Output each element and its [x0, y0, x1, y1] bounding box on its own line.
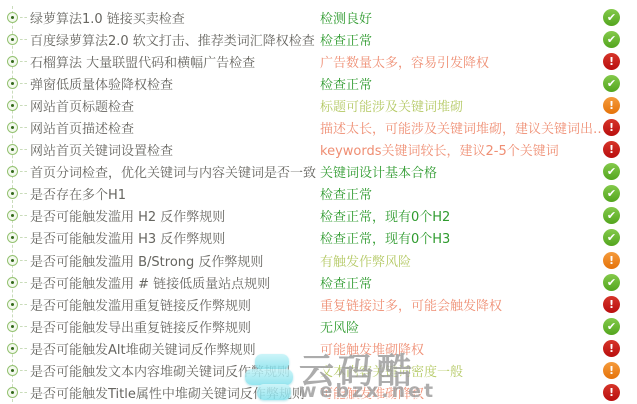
check-label: 是否可能触发滥用 H2 反作弊规则 [30, 206, 320, 225]
tree-node-icon [7, 277, 30, 288]
check-row: 是否可能触发文本内容堆砌关键词反作弊规则 文本内容关键词密度一般 ! [0, 360, 637, 382]
check-label: 弹窗低质量体验降权检查 [30, 74, 320, 93]
error-circle-icon: ! [603, 296, 637, 313]
check-status: 标题可能涉及关键词堆砌 [320, 96, 603, 115]
check-label: 绿萝算法1.0 链接买卖检查 [30, 8, 320, 27]
tree-node-icon [7, 56, 30, 67]
error-circle-icon: ! [603, 53, 637, 70]
warning-circle-icon: ! [603, 252, 637, 269]
check-circle-icon: ✔ [603, 185, 637, 202]
check-label: 是否可能触发Title属性中堆砌关键词反作弊规则 [30, 383, 320, 402]
check-status: 检查正常 [320, 273, 603, 292]
check-row: 是否可能触发滥用 # 链接低质量站点规则 检查正常 ✔ [0, 271, 637, 293]
check-label: 是否可能触发滥用重复链接反作弊规则 [30, 295, 320, 314]
check-status: 检查正常 [320, 184, 603, 203]
check-status: keywords关键词较长，建议2-5个关键词 [320, 140, 603, 159]
check-row: 石榴算法 大量联盟代码和横幅广告检查 广告数量太多，容易引发降权 ! [0, 50, 637, 72]
check-label: 石榴算法 大量联盟代码和横幅广告检查 [30, 52, 320, 71]
check-label: 百度绿萝算法2.0 软文打击、推荐类词汇降权检查 [30, 30, 320, 49]
check-row: 是否可能触发Title属性中堆砌关键词反作弊规则 可能触发堆砌降权 ! [0, 382, 637, 404]
check-circle-icon: ✔ [603, 31, 637, 48]
check-label: 是否可能触发滥用 # 链接低质量站点规则 [30, 273, 320, 292]
check-status: 有触发作弊风险 [320, 251, 603, 270]
tree-node-icon [7, 12, 30, 23]
check-row: 是否存在多个H1 检查正常 ✔ [0, 183, 637, 205]
tree-node-icon [7, 78, 30, 89]
error-circle-icon: ! [603, 384, 637, 401]
tree-node-icon [7, 255, 30, 266]
tree-node-icon [7, 321, 30, 332]
check-row: 是否可能触发滥用重复链接反作弊规则 重复链接过多，可能会触发降权 ! [0, 293, 637, 315]
error-circle-icon: ! [603, 141, 637, 158]
check-circle-icon: ✔ [603, 318, 637, 335]
tree-node-icon [7, 232, 30, 243]
check-status: 可能触发堆砌降权 [320, 383, 603, 402]
check-status: 关键词设计基本合格 [320, 162, 603, 181]
check-label: 首页分词检查，优化关键词与内容关键词是否一致 [30, 162, 320, 181]
check-status: 检测良好 [320, 8, 603, 27]
check-label: 是否存在多个H1 [30, 184, 320, 203]
check-circle-icon: ✔ [603, 9, 637, 26]
check-label: 是否可能触发导出重复链接反作弊规则 [30, 317, 320, 336]
check-row: 弹窗低质量体验降权检查 检查正常 ✔ [0, 72, 637, 94]
check-label: 网站首页关键词设置检查 [30, 140, 320, 159]
tree-node-icon [7, 343, 30, 354]
check-circle-icon: ✔ [603, 163, 637, 180]
check-row: 百度绿萝算法2.0 软文打击、推荐类词汇降权检查 检查正常 ✔ [0, 28, 637, 50]
check-row: 是否可能触发Alt堆砌关键词反作弊规则 可能触发堆砌降权 ! [0, 337, 637, 359]
check-label: 是否可能触发滥用 B/Strong 反作弊规则 [30, 251, 320, 270]
check-status: 可能触发堆砌降权 [320, 339, 603, 358]
tree-node-icon [7, 387, 30, 398]
check-row: 绿萝算法1.0 链接买卖检查 检测良好 ✔ [0, 6, 637, 28]
check-label: 是否可能触发滥用 H3 反作弊规则 [30, 228, 320, 247]
tree-node-icon [7, 365, 30, 376]
tree-node-icon [7, 34, 30, 45]
check-status: 检查正常 [320, 74, 603, 93]
check-status: 无风险 [320, 317, 603, 336]
tree-node-icon [7, 210, 30, 221]
check-label: 网站首页描述检查 [30, 118, 320, 137]
check-status: 检查正常，现有0个H3 [320, 228, 603, 247]
check-row: 是否可能触发滥用 H2 反作弊规则 检查正常，现有0个H2 ✔ [0, 205, 637, 227]
error-circle-icon: ! [603, 340, 637, 357]
warning-circle-icon: ! [603, 362, 637, 379]
tree-node-icon [7, 122, 30, 133]
check-row: 是否可能触发导出重复链接反作弊规则 无风险 ✔ [0, 315, 637, 337]
tree-node-icon [7, 100, 30, 111]
check-status: 重复链接过多，可能会触发降权 [320, 295, 603, 314]
check-row: 网站首页关键词设置检查 keywords关键词较长，建议2-5个关键词 ! [0, 139, 637, 161]
error-circle-icon: ! [603, 119, 637, 136]
check-status: 文本内容关键词密度一般 [320, 361, 603, 380]
check-row: 是否可能触发滥用 H3 反作弊规则 检查正常，现有0个H3 ✔ [0, 227, 637, 249]
check-row: 网站首页标题检查 标题可能涉及关键词堆砌 ! [0, 94, 637, 116]
check-status: 广告数量太多，容易引发降权 [320, 52, 603, 71]
check-label: 网站首页标题检查 [30, 96, 320, 115]
seo-check-list: 绿萝算法1.0 链接买卖检查 检测良好 ✔ 百度绿萝算法2.0 软文打击、推荐类… [0, 0, 637, 404]
check-circle-icon: ✔ [603, 207, 637, 224]
tree-node-icon [7, 144, 30, 155]
check-label: 是否可能触发文本内容堆砌关键词反作弊规则 [30, 361, 320, 380]
check-status: 检查正常 [320, 30, 603, 49]
check-status: 检查正常，现有0个H2 [320, 206, 603, 225]
check-row: 是否可能触发滥用 B/Strong 反作弊规则 有触发作弊风险 ! [0, 249, 637, 271]
tree-node-icon [7, 166, 30, 177]
check-row: 网站首页描述检查 描述太长，可能涉及关键词堆砌，建议关键词出… ! [0, 116, 637, 138]
warning-circle-icon: ! [603, 97, 637, 114]
check-label: 是否可能触发Alt堆砌关键词反作弊规则 [30, 339, 320, 358]
check-circle-icon: ✔ [603, 274, 637, 291]
check-status: 描述太长，可能涉及关键词堆砌，建议关键词出… [320, 118, 603, 137]
check-row: 首页分词检查，优化关键词与内容关键词是否一致 关键词设计基本合格 ✔ [0, 161, 637, 183]
tree-node-icon [7, 188, 30, 199]
tree-node-icon [7, 299, 30, 310]
check-circle-icon: ✔ [603, 229, 637, 246]
check-circle-icon: ✔ [603, 75, 637, 92]
